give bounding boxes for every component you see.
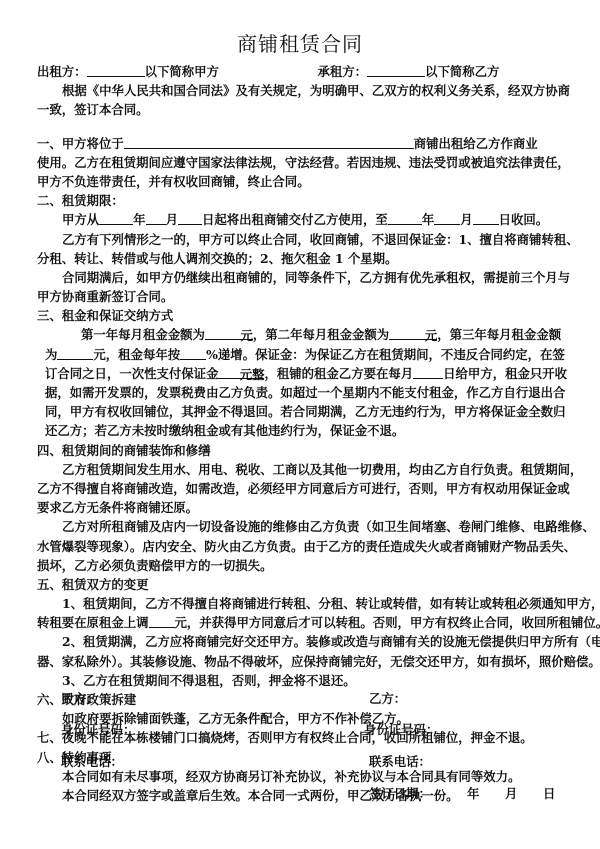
start-year-field[interactable] [99, 211, 133, 225]
section-3-line: 还乙方；若乙方未按时缴纳租金或有其他违约行为，保证金不退。 [37, 421, 569, 440]
rent-text: 第一年每月租金金额为 [81, 327, 205, 342]
section-4-heading: 四、租赁期间的商铺装饰和修缮 [37, 441, 569, 460]
party-a-signature-label: 甲方： [61, 689, 98, 707]
section-3-heading: 三、租金和保证交纳方式 [37, 306, 569, 325]
document-title: 商铺租赁合同 [0, 30, 600, 58]
lessee-suffix: 以下简称乙方 [425, 64, 499, 79]
section-6-heading: 六、政府政策拆建 [37, 690, 569, 709]
rent-line: 为元，租金每年按%递增。保证金：为保证乙方在租赁期间，不违反合同约定，在签 [37, 345, 569, 364]
year-label: 年 [133, 212, 145, 227]
sublease-text: 转租要在原租金上调 [37, 615, 149, 630]
rent-line: 第一年每月租金金额为元，第二年每月租金金额为元，第三年每月租金金额 [37, 325, 569, 344]
section-2-heading: 二、租赁期限： [37, 191, 569, 210]
party-b-signature-label: 乙方： [369, 689, 406, 707]
term-line: 甲方从年月日起将出租商铺交付乙方使用，至年月日收回。 [37, 210, 569, 229]
rent-year3-field[interactable] [57, 346, 93, 360]
rent-text: ，第二年每月租金金额为 [253, 327, 389, 342]
section-5-line: 1、租赁期间，乙方不得擅自将商铺进行转租、分租、转让或转借，如有转让或转租必须通… [37, 594, 569, 613]
renewal-line: 甲方协商重新签订合同。 [37, 287, 569, 306]
signing-year-label: 年 [467, 784, 479, 802]
month-label: 月 [460, 212, 472, 227]
section-5-line: 2、租赁期满，乙方应将商铺完好交还甲方。装修或改造与商铺有关的设施无偿提供归甲方… [37, 632, 569, 651]
rent-text: 元，租金每年按 [93, 347, 180, 362]
sublease-text: 元，并获得甲方同意后才可以转租。否则，甲方有权终止合同，收回所租铺位。 [175, 615, 600, 630]
parties-row: 出租方：以下简称甲方 承租方：以下简称乙方 [37, 62, 569, 81]
start-month-field[interactable] [146, 211, 166, 225]
rent-text: %递增。保证金：为保证乙方在租赁期间，不违反合同约定，在签 [206, 347, 565, 362]
term-text: 日起将出租商铺交付乙方使用，至 [202, 212, 388, 227]
party-b-phone-label: 联系电话： [369, 752, 431, 770]
rent-text: ，第三年每月租金金额 [437, 327, 561, 342]
renewal-line: 合同期满后，如甲方仍继续出租商铺的，同等条件下，乙方拥有优先承租权，需提前三个月… [37, 268, 569, 287]
contract-page: 商铺租赁合同 出租方：以下简称甲方 承租方：以下简称乙方 根据《中华人民共和国合… [0, 0, 600, 849]
termination-line: 乙方有下列情形之一的，甲方可以终止合同，收回商铺，不退回保证金：1、擅自将商铺转… [37, 230, 569, 249]
section-1-line: 使用。乙方在租赁期间应遵守国家法律法规，守法经营。若因违规、违法受罚或被追究法律… [37, 153, 569, 172]
end-month-field[interactable] [434, 211, 460, 225]
deposit-text: 日给甲方，租金只开收 [443, 366, 567, 381]
section-3-line: 据，如需开发票的，发票税费由乙方负责。如超过一个星期内不能支付租金，作乙方自行退… [37, 383, 569, 402]
lessee-name-field[interactable] [367, 63, 425, 77]
section-4-line: 水管爆裂等现象）。店内安全、防火由乙方负责。由于乙方的责任造成失火或者商铺财产物… [37, 537, 569, 556]
start-day-field[interactable] [178, 211, 202, 225]
rent-text: 为 [45, 347, 57, 362]
sublease-increase-field[interactable] [149, 614, 175, 628]
section-3-line: 同，甲方有权收回铺位，其押金不得退回。若合同期满，乙方无违约行为，甲方将保证金全… [37, 402, 569, 421]
party-a-phone-label: 联系电话： [61, 752, 123, 770]
year-label: 年 [422, 212, 434, 227]
section-4-line: 要求乙方无条件将商铺还原。 [37, 498, 569, 517]
yuan-label: 元整 [240, 367, 265, 382]
s1-lead-tail: 商铺出租给乙方作商业 [414, 136, 538, 151]
payment-day-field[interactable] [413, 365, 443, 379]
lessor-name-field[interactable] [87, 63, 145, 77]
party-b-id-label: 身份证号码： [364, 720, 438, 738]
term-text: 日收回。 [499, 212, 549, 227]
section-5-line: 器、家私除外）。其装修设施、物品不得破坏，应保持商铺完好，无偿交还甲方，如有损坏… [37, 652, 569, 671]
deposit-line: 订合同之日，一次性支付保证金元整，租铺的租金乙方要在每月日给甲方，租金只开收 [37, 364, 569, 383]
section-5-line: 转租要在原租金上调元，并获得甲方同意后才可以转租。否则，甲方有权终止合同，收回所… [37, 613, 569, 632]
contract-body: 出租方：以下简称甲方 承租方：以下简称乙方 根据《中华人民共和国合同法》及有关规… [37, 62, 569, 805]
deposit-text: 订合同之日，一次性支付保证金 [45, 366, 218, 381]
termination-line: 分租、转让、转借或与他人调剂交换的；2、拖欠租金 1 个星期。 [37, 249, 569, 268]
rent-year2-field[interactable]: 元 [389, 326, 437, 340]
month-label: 月 [166, 212, 178, 227]
deposit-text: ，租铺的租金乙方要在每月 [264, 366, 413, 381]
signing-day-label: 日 [543, 784, 555, 802]
lessor-suffix: 以下简称甲方 [145, 64, 219, 79]
end-year-field[interactable] [388, 211, 422, 225]
lessor-label: 出租方： [37, 64, 87, 79]
section-5-heading: 五、租赁双方的变更 [37, 575, 569, 594]
section-5-line: 3、乙方在租赁期间不得退租，否则，押金将不退还。 [37, 671, 569, 690]
s1-lead-text: 一、甲方将位于 [37, 136, 124, 151]
section-4-line: 损坏，乙方必须负责赔偿甲方的一切损失。 [37, 556, 569, 575]
section-1-line: 甲方不负连带责任，并有权收回商铺，终止合同。 [37, 172, 569, 191]
increase-percent-field[interactable] [180, 346, 206, 360]
section-4-line: 乙方租赁期间发生用水、用电、税收、工商以及其他一切费用，均由乙方自行负责。租赁期… [37, 460, 569, 479]
section-4-line: 乙方对所租商铺及店内一切设备设施的维修由乙方负责（如卫生间堵塞、卷闸门维修、电路… [37, 517, 569, 536]
term-text: 甲方从 [62, 212, 99, 227]
preamble-line: 根据《中华人民共和国合同法》及有关规定，为明确甲、乙双方的权利义务关系，经双方协… [37, 81, 569, 100]
end-day-field[interactable] [473, 211, 499, 225]
signing-month-label: 月 [505, 784, 517, 802]
rent-year1-field[interactable]: 元 [205, 326, 253, 340]
lessee-label: 承租方： [318, 64, 368, 79]
preamble-line: 一致，签订本合同。 [37, 100, 569, 119]
shop-location-field[interactable] [124, 135, 414, 149]
section-8-line: 本合同经双方签字或盖章后生效。本合同一式两份，甲乙双方各执一份。 [37, 786, 569, 805]
section-1-lead: 一、甲方将位于商铺出租给乙方作商业 [37, 134, 569, 153]
yuan-label: 元 [241, 328, 253, 343]
party-a-id-label: 身份证号码： [61, 720, 135, 738]
signing-date-label: 签订日期： [369, 784, 431, 802]
section-4-line: 乙方不得擅自将商铺改造，如需改造，必须经甲方同意后方可进行，否则，甲方有权动用保… [37, 479, 569, 498]
deposit-amount-field[interactable]: 元整 [218, 365, 264, 379]
yuan-label: 元 [425, 328, 437, 343]
